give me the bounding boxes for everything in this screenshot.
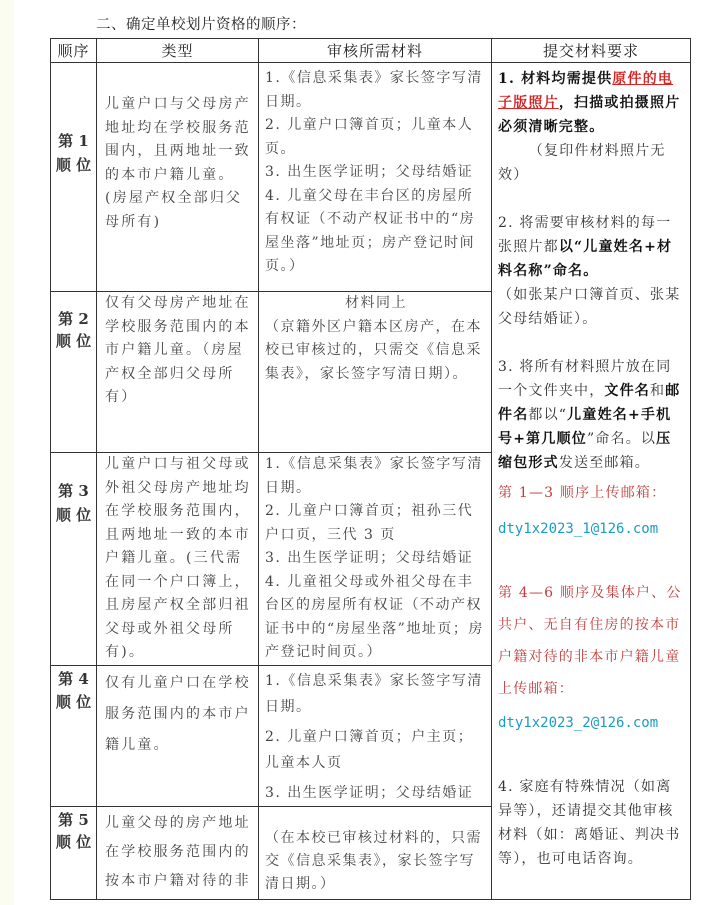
type-cell: 儿童父母的房产地址在学校服务范围内的按本市户籍对待的非 [97,806,259,899]
type-cell: 儿童户口与祖父母或外祖父母房产地址均在学校服务范围内，且两地址一致的本市户籍儿童… [97,453,259,666]
mailbox-1-email[interactable]: dty1x2023_1@126.com [498,517,686,541]
header-order: 顺序 [51,39,97,63]
requirement-4: 4. 家庭有特殊情况（如离异等），还请提交其他审核材料（如：离婚证、判决书等），… [498,775,686,871]
materials-same-as-above: 材料同上 [265,292,487,316]
order-cell: 第 2 顺 位 [51,292,97,453]
header-requirements: 提交材料要求 [492,39,691,63]
materials-cell: 材料同上 （京籍外区户籍本区房产，在本校已审核过的，只需交《信息采集表》，家长签… [259,292,492,453]
materials-cell: （在本校已审核过材料的，只需交《信息采集表》，家长签字写清日期。） [259,806,492,899]
admission-order-table: 顺序 类型 审核所需材料 提交材料要求 第 1 顺 位 儿童户口与父母房产地址均… [50,38,691,900]
order-cell: 第 3 顺 位 [51,453,97,666]
type-cell: 仅有父母房产地址在学校服务范围内的本市户籍儿童。（房屋产权全部归父母所有） [97,292,259,453]
order-cell: 第 1 顺 位 [51,63,97,292]
mailbox-1-label: 第 1—3 顺序上传邮箱： [498,481,686,505]
table-header-row: 顺序 类型 审核所需材料 提交材料要求 [51,39,691,63]
section-heading: 二、确定单校划片资格的顺序： [96,13,306,34]
requirement-1-note: （复印件材料照片无效） [498,139,686,187]
order-cell: 第 4 顺 位 [51,665,97,806]
requirement-3: 3. 将所有材料照片放在同一个文件夹中，文件名和邮件名都以“儿童姓名+手机号+第… [498,355,686,475]
mailbox-2-email[interactable]: dty1x2023_2@126.com [498,711,686,735]
requirement-2: 2. 将需要审核材料的每一张照片都以“儿童姓名+材料名称”命名。 [498,211,686,283]
materials-note: （京籍外区户籍本区房产，在本校已审核过的，只需交《信息采集表》，家长签字写清日期… [265,316,487,387]
materials-cell: 1.《信息采集表》家长签字写清日期。 2. 儿童户口簿首页；户主页；儿童本人页 … [259,665,492,806]
order-cell: 第 5 顺 位 [51,806,97,899]
requirement-2-note: （如张某户口簿首页、张某父母结婚证）。 [498,283,686,331]
mailbox-2-label: 第 4—6 顺序及集体户、公共户、无自有住房的按本市户籍对待的非本市户籍儿童上传… [498,577,686,705]
materials-cell: 1.《信息采集表》家长签字写清日期。 2. 儿童户口簿首页；儿童本人页。 3. … [259,63,492,292]
type-cell: 儿童户口与父母房产地址均在学校服务范围内，且两地址一致的本市户籍儿童。(房屋产权… [97,63,259,292]
header-type: 类型 [97,39,259,63]
table-row: 第 1 顺 位 儿童户口与父母房产地址均在学校服务范围内，且两地址一致的本市户籍… [51,63,691,292]
requirements-cell: 1. 材料均需提供原件的电子版照片，扫描或拍摄照片必须清晰完整。 （复印件材料照… [492,63,691,900]
requirement-1: 1. 材料均需提供原件的电子版照片，扫描或拍摄照片必须清晰完整。 [498,67,686,139]
type-cell: 仅有儿童户口在学校服务范围内的本市户籍儿童。 [97,665,259,806]
header-materials: 审核所需材料 [259,39,492,63]
materials-cell: 1.《信息采集表》家长签字写清日期。 2. 儿童户口簿首页；祖孙三代户口页，三代… [259,453,492,666]
